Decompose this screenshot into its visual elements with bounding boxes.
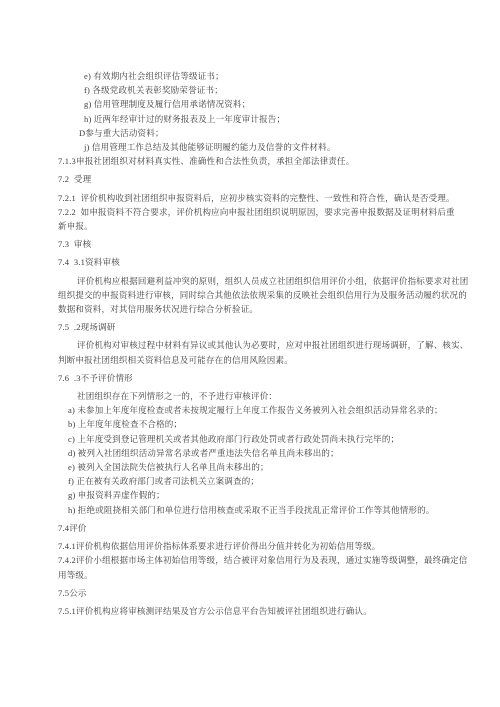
text-line: d) 被列入社团组织活动异常名录或者严重违法失信名单且尚未移出的； (68, 446, 458, 460)
text-line: 用等级。 (58, 568, 458, 582)
text-line: 组织提交的申报资料进行审核，同时综合其他依法依规采集的反映社会组织信用行为及服务… (58, 288, 458, 302)
text-line: D参与重大活动资料； (79, 126, 458, 140)
text-line: 7.1.3申报社团组织对材料真实性、准确性和合法性负责，承担全部法律责任。 (58, 154, 458, 168)
document-page: e) 有效期内社会组织评估等级证书；f) 各级党政机关表彰奖励荣誉证书；g) 信… (0, 0, 500, 707)
text-line: 判断申报社团组织相关资料信息及可能存在的信用风险因素。 (58, 353, 458, 367)
heading-line: 7.4评价 (58, 521, 458, 535)
heading-line: 7.5公示 (58, 586, 458, 600)
text-line: 数据和资料，对其信用服务状况进行综合分析验证。 (58, 302, 458, 316)
text-line: b) 上年度年度检查不合格的； (68, 417, 458, 431)
text-line: c) 上年度受到登记管理机关或者其他政府部门行政处罚或者行政处罚尚未执行完毕的； (68, 432, 458, 446)
heading-line: 7.2 受理 (58, 172, 458, 186)
heading-line: 7.4 3.1资料审核 (58, 255, 458, 269)
text-line: 评价机构应根据回避利益冲突的原则，组织人员成立社团组织信用评价小组，依据评价指标… (77, 274, 458, 288)
text-line: e) 有效期内社会组织评估等级证书； (84, 69, 458, 83)
heading-line: 7.6 .3不予评价情形 (58, 371, 458, 385)
text-line: a) 未参加上年度年度检查或者未按规定履行上年度工作报告义务被列入社会组织活动异… (68, 403, 458, 417)
text-line: f) 各级党政机关表彰奖励荣誉证书； (84, 83, 458, 97)
text-line: 社团组织存在下列情形之一的，不予进行审核评价： (77, 389, 458, 403)
text-line: g) 申报资料弄虚作假的； (68, 488, 458, 502)
text-line: f) 正在被有关政府部门或者司法机关立案调查的； (68, 474, 458, 488)
text-line: h) 近两年经审计过的财务报表及上一年度审计报告； (84, 112, 458, 126)
heading-line: 7.5 .2现场调研 (58, 320, 458, 334)
text-line: 7.5.1评价机构应将审核测评结果及官方公示信息平台告知被评社团组织进行确认。 (58, 604, 458, 618)
text-line: 新申报。 (58, 219, 458, 233)
document-content: e) 有效期内社会组织评估等级证书；f) 各级党政机关表彰奖励荣誉证书；g) 信… (58, 69, 458, 618)
text-line: 评价机构对审核过程中材料有异议或其他认为必要时，应对申报社团组织进行现场调研，了… (77, 338, 458, 352)
text-line: 7.4.2评价小组根据市场主体初始信用等级，结合被评对象信用行为及表现，通过实施… (58, 553, 458, 567)
text-line: 7.2.1 评价机构收到社团组织申报资料后，应初步核实资料的完整性、一致性和符合… (58, 191, 458, 205)
text-line: e) 被列入全国法院失信被执行人名单且尚未移出的； (68, 460, 458, 474)
text-line: h) 拒绝或阻挠相关部门和单位进行信用核查或采取不正当手段扰乱正常评价工作等其他… (68, 503, 458, 517)
text-line: 7.4.1评价机构依据信用评价指标体系要求进行评价得出分值并转化为初始信用等级。 (58, 539, 458, 553)
text-line: j) 信用管理工作总结及其他能够证明履约能力及信誉的文件材料。 (84, 140, 458, 154)
text-line: 7.2.2 如申报资料不符合要求，评价机构应向申报社团组织说明原因，要求完善申报… (58, 205, 458, 219)
text-line: g) 信用管理制度及履行信用承诺情况资料； (84, 97, 458, 111)
heading-line: 7.3 审核 (58, 237, 458, 251)
